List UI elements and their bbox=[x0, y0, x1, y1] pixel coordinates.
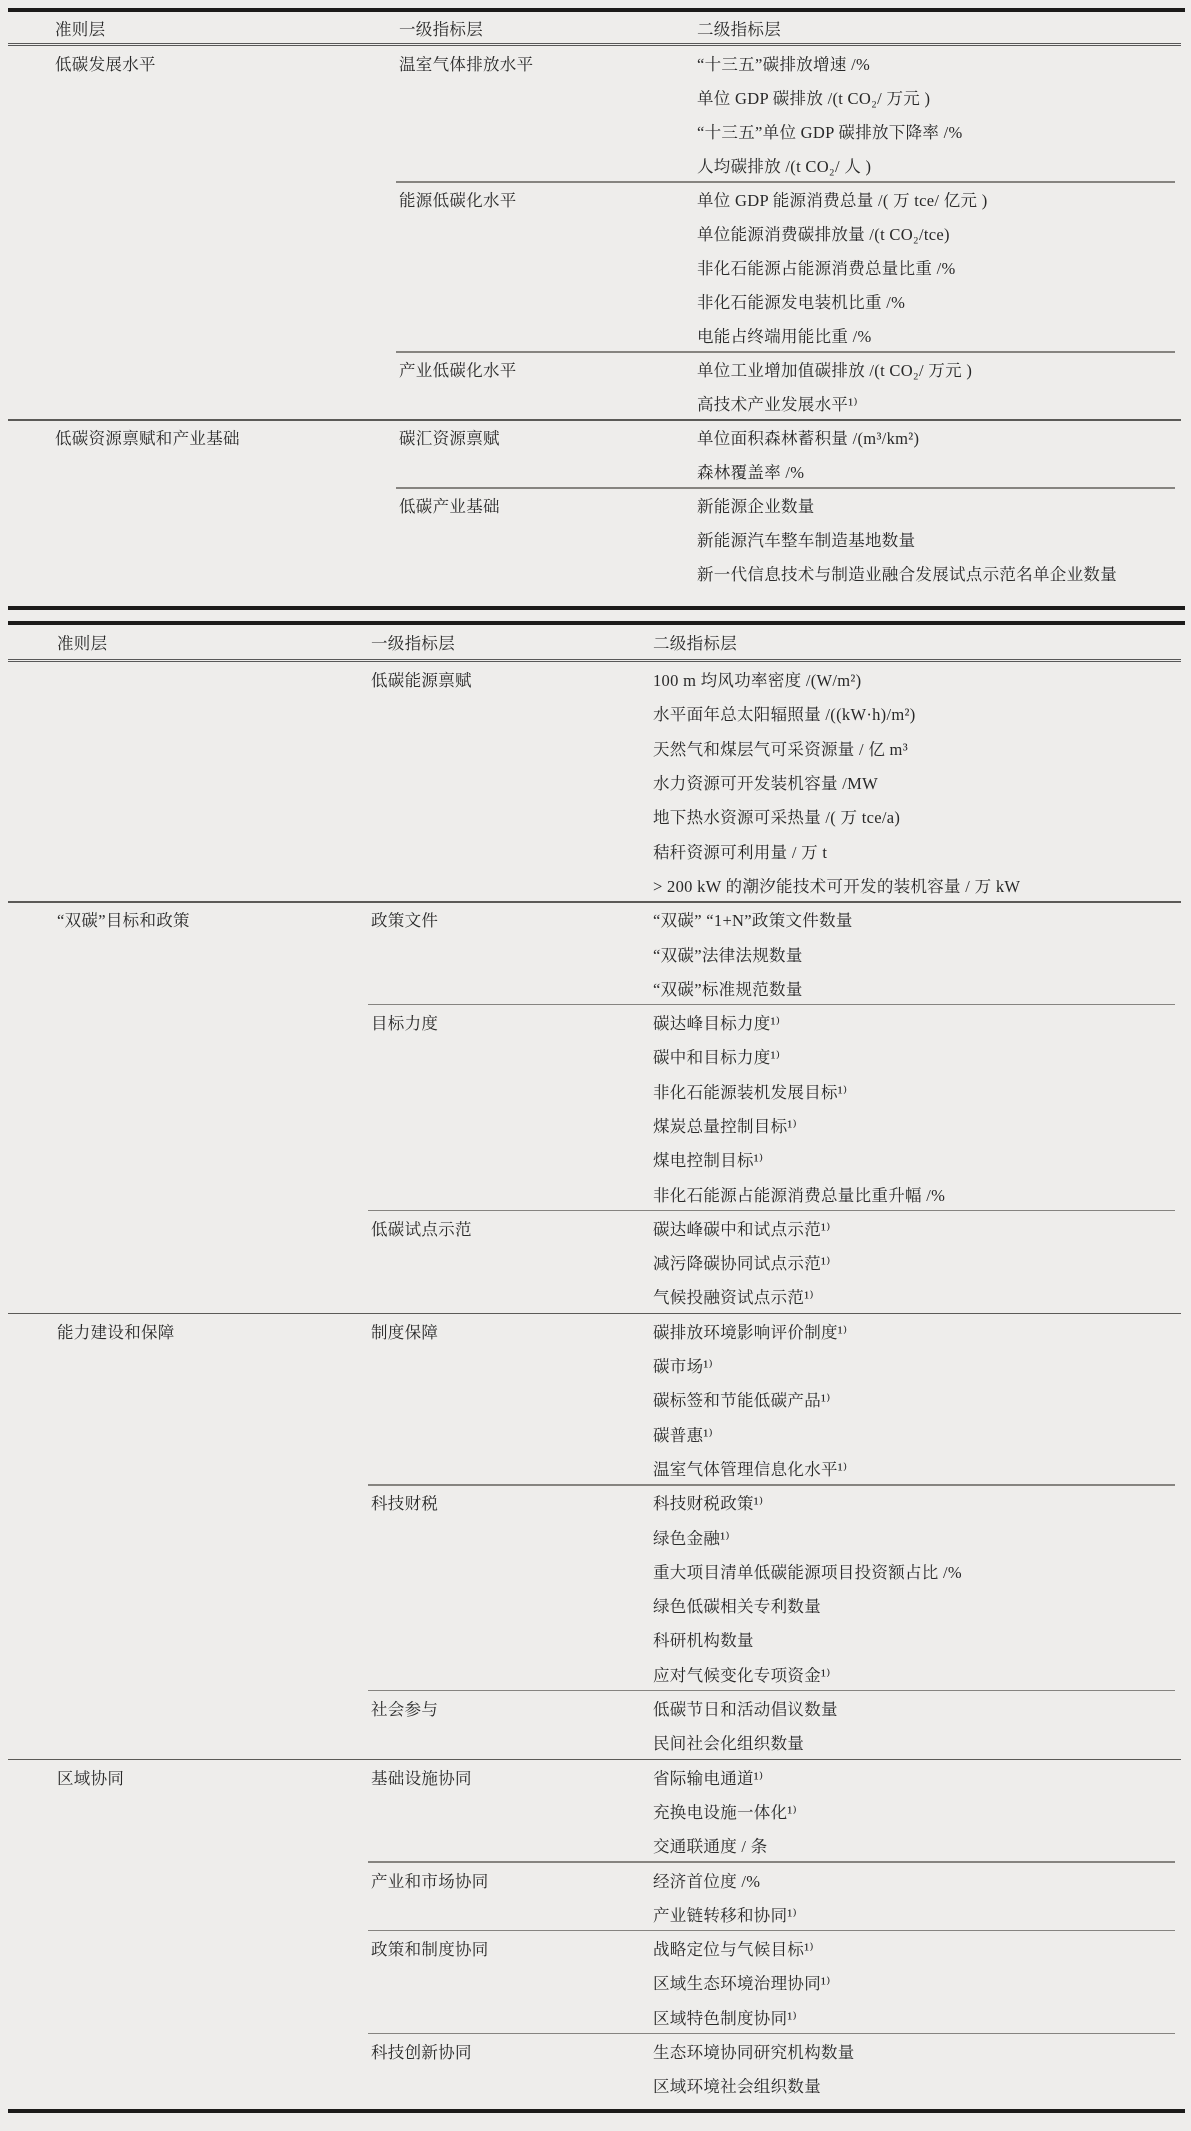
level1-indicator-cell: 低碳能源禀赋 bbox=[371, 662, 472, 696]
level2-indicator-text: 碳中和目标力度¹⁾ bbox=[653, 1044, 780, 1068]
criterion-cell: 低碳发展水平 bbox=[55, 46, 156, 80]
level1-indicator-cell: 政策文件 bbox=[371, 902, 438, 936]
level2-indicator-list: “双碳” “1+N”政策文件数量 “双碳”法律法规数量 “双碳”标准规范数量 bbox=[653, 902, 1191, 1005]
level1-indicator-cell: 低碳试点示范 bbox=[371, 1211, 472, 1245]
table-bottom-rule bbox=[8, 2109, 1185, 2113]
level2-indicator-text: 非化石能源装机发展目标¹⁾ bbox=[653, 1079, 847, 1103]
level2-indicator-row: 低碳节日和活动倡议数量 bbox=[653, 1691, 1191, 1725]
level2-indicator-text: 经济首位度 /% bbox=[653, 1868, 760, 1892]
level2-indicator-text: > 200 kW 的潮汐能技术可开发的装机容量 / 万 kW bbox=[653, 873, 1020, 897]
level2-indicator-row: 新能源企业数量 bbox=[697, 488, 1191, 522]
level2-indicator-text: 重大项目清单低碳能源项目投资额占比 /% bbox=[653, 1559, 962, 1583]
level2-indicator-row: 森林覆盖率 /% bbox=[697, 454, 1191, 488]
level1-indicator-cell: 社会参与 bbox=[371, 1691, 438, 1725]
indicator-group: 区域协同 基础设施协同 省际输电通道¹⁾ 充换电设施一体化¹⁾ 交通联通度 / … bbox=[0, 1760, 1191, 1863]
level2-indicator-list: 省际输电通道¹⁾ 充换电设施一体化¹⁾ 交通联通度 / 条 bbox=[653, 1760, 1191, 1863]
level2-indicator-row: 碳中和目标力度¹⁾ bbox=[653, 1039, 1191, 1073]
indicator-group: 低碳资源禀赋和产业基础 碳汇资源禀赋 单位面积森林蓄积量 /(m³/km²) 森… bbox=[0, 420, 1191, 488]
level2-indicator-list: 碳达峰目标力度¹⁾ 碳中和目标力度¹⁾ 非化石能源装机发展目标¹⁾ 煤炭总量控制… bbox=[653, 1005, 1191, 1211]
level2-indicator-row: 应对气候变化专项资金¹⁾ bbox=[653, 1657, 1191, 1691]
level2-indicator-row: 绿色低碳相关专利数量 bbox=[653, 1588, 1191, 1622]
level2-indicator-row: 天然气和煤层气可采资源量 / 亿 m³ bbox=[653, 731, 1191, 765]
level2-indicator-row: 水力资源可开发装机容量 /MW bbox=[653, 765, 1191, 799]
level1-indicator-cell: 制度保障 bbox=[371, 1314, 438, 1348]
level2-indicator-text: 气候投融资试点示范¹⁾ bbox=[653, 1284, 814, 1308]
level2-indicator-text: 区域特色制度协同¹⁾ bbox=[653, 2005, 797, 2029]
indicator-group: 产业低碳化水平 单位工业增加值碳排放 /(t CO₂/ 万元 ) 高技术产业发展… bbox=[0, 352, 1191, 420]
indicator-table-part-2: 准则层 一级指标层 二级指标层 低碳能源禀赋 100 m 均风功率密度 /(W/… bbox=[0, 621, 1191, 2113]
level2-indicator-row: 重大项目清单低碳能源项目投资额占比 /% bbox=[653, 1554, 1191, 1588]
level2-indicator-text: 单位 GDP 碳排放 /(t CO₂/ 万元 ) bbox=[697, 85, 930, 109]
level2-indicator-text: 水平面年总太阳辐照量 /((kW·h)/m²) bbox=[653, 701, 916, 725]
level2-indicator-text: 产业链转移和协同¹⁾ bbox=[653, 1902, 797, 1926]
level1-indicator-cell: 科技创新协同 bbox=[371, 2034, 472, 2068]
level2-indicator-text: 人均碳排放 /(t CO₂/ 人 ) bbox=[697, 153, 871, 177]
level2-indicator-row: 单位 GDP 能源消费总量 /( 万 tce/ 亿元 ) bbox=[697, 182, 1191, 216]
level2-indicator-text: 碳排放环境影响评价制度¹⁾ bbox=[653, 1319, 847, 1343]
level2-indicator-text: 战略定位与气候目标¹⁾ bbox=[653, 1936, 814, 1960]
level2-indicator-text: 生态环境协同研究机构数量 bbox=[653, 2039, 855, 2063]
level2-indicator-text: 非化石能源占能源消费总量比重 /% bbox=[697, 255, 956, 279]
level2-indicator-text: 碳普惠¹⁾ bbox=[653, 1422, 713, 1446]
header-level1-layer: 一级指标层 bbox=[399, 16, 483, 40]
level2-indicator-text: 低碳节日和活动倡议数量 bbox=[653, 1696, 838, 1720]
level2-indicator-text: 新一代信息技术与制造业融合发展试点示范名单企业数量 bbox=[697, 561, 1117, 585]
table-body: 低碳发展水平 温室气体排放水平 “十三五”碳排放增速 /% 单位 GDP 碳排放… bbox=[0, 46, 1191, 606]
level2-indicator-row: 电能占终端用能比重 /% bbox=[697, 318, 1191, 352]
level2-indicator-text: 天然气和煤层气可采资源量 / 亿 m³ bbox=[653, 736, 908, 760]
criterion-cell: 能力建设和保障 bbox=[57, 1314, 175, 1348]
level2-indicator-row: 温室气体管理信息化水平¹⁾ bbox=[653, 1451, 1191, 1485]
level2-indicator-text: 非化石能源发电装机比重 /% bbox=[697, 289, 905, 313]
level2-indicator-list: 单位面积森林蓄积量 /(m³/km²) 森林覆盖率 /% bbox=[697, 420, 1191, 488]
level2-indicator-row: 水平面年总太阳辐照量 /((kW·h)/m²) bbox=[653, 696, 1191, 730]
level2-indicator-list: 碳达峰碳中和试点示范¹⁾ 减污降碳协同试点示范¹⁾ 气候投融资试点示范¹⁾ bbox=[653, 1211, 1191, 1314]
indicator-group: 产业和市场协同 经济首位度 /% 产业链转移和协同¹⁾ bbox=[0, 1862, 1191, 1931]
indicator-group: 低碳试点示范 碳达峰碳中和试点示范¹⁾ 减污降碳协同试点示范¹⁾ 气候投融资试点… bbox=[0, 1211, 1191, 1314]
level2-indicator-row: 高技术产业发展水平¹⁾ bbox=[697, 386, 1191, 420]
level1-indicator-cell: 目标力度 bbox=[371, 1005, 438, 1039]
level2-indicator-row: “十三五”碳排放增速 /% bbox=[697, 46, 1191, 80]
level2-indicator-row: 碳标签和节能低碳产品¹⁾ bbox=[653, 1382, 1191, 1416]
level2-indicator-list: 低碳节日和活动倡议数量 民间社会化组织数量 bbox=[653, 1691, 1191, 1760]
level2-indicator-text: 碳达峰碳中和试点示范¹⁾ bbox=[653, 1216, 831, 1240]
level2-indicator-row: 产业链转移和协同¹⁾ bbox=[653, 1897, 1191, 1931]
level2-indicator-text: 单位工业增加值碳排放 /(t CO₂/ 万元 ) bbox=[697, 357, 972, 381]
level2-indicator-row: 区域特色制度协同¹⁾ bbox=[653, 2000, 1191, 2034]
level2-indicator-row: “双碳”法律法规数量 bbox=[653, 936, 1191, 970]
level2-indicator-text: 温室气体管理信息化水平¹⁾ bbox=[653, 1456, 847, 1480]
level2-indicator-list: 100 m 均风功率密度 /(W/m²) 水平面年总太阳辐照量 /((kW·h)… bbox=[653, 662, 1191, 902]
level2-indicator-text: 非化石能源占能源消费总量比重升幅 /% bbox=[653, 1182, 945, 1206]
indicator-group: 社会参与 低碳节日和活动倡议数量 民间社会化组织数量 bbox=[0, 1691, 1191, 1760]
level2-indicator-row: 科研机构数量 bbox=[653, 1622, 1191, 1656]
level2-indicator-text: 新能源企业数量 bbox=[697, 493, 815, 517]
group-separator-rule bbox=[368, 1004, 1175, 1006]
level2-indicator-text: 秸秆资源可利用量 / 万 t bbox=[653, 839, 827, 863]
level2-indicator-row: 科技财税政策¹⁾ bbox=[653, 1485, 1191, 1519]
level2-indicator-row: 单位 GDP 碳排放 /(t CO₂/ 万元 ) bbox=[697, 80, 1191, 114]
level1-indicator-cell: 低碳产业基础 bbox=[399, 488, 500, 522]
level2-indicator-list: “十三五”碳排放增速 /% 单位 GDP 碳排放 /(t CO₂/ 万元 ) “… bbox=[697, 46, 1191, 182]
indicator-table-part-1: 准则层 一级指标层 二级指标层 低碳发展水平 温室气体排放水平 “十三五”碳排放… bbox=[0, 8, 1191, 610]
level2-indicator-row: 新一代信息技术与制造业融合发展试点示范名单企业数量 bbox=[697, 556, 1191, 590]
header-criterion-layer: 准则层 bbox=[57, 630, 107, 654]
level2-indicator-row: 碳普惠¹⁾ bbox=[653, 1417, 1191, 1451]
level2-indicator-row: 新能源汽车整车制造基地数量 bbox=[697, 522, 1191, 556]
level2-indicator-row: > 200 kW 的潮汐能技术可开发的装机容量 / 万 kW bbox=[653, 868, 1191, 902]
table-header-row: 准则层 一级指标层 二级指标层 bbox=[0, 625, 1191, 659]
level1-indicator-cell: 产业和市场协同 bbox=[371, 1862, 489, 1896]
level2-indicator-text: 科技财税政策¹⁾ bbox=[653, 1490, 763, 1514]
level2-indicator-text: 煤炭总量控制目标¹⁾ bbox=[653, 1113, 797, 1137]
level2-indicator-row: 经济首位度 /% bbox=[653, 1862, 1191, 1896]
level2-indicator-row: 单位面积森林蓄积量 /(m³/km²) bbox=[697, 420, 1191, 454]
level2-indicator-row: 非化石能源发电装机比重 /% bbox=[697, 284, 1191, 318]
level2-indicator-text: 碳市场¹⁾ bbox=[653, 1353, 713, 1377]
level2-indicator-text: “双碳”法律法规数量 bbox=[653, 942, 803, 966]
indicator-group: 低碳产业基础 新能源企业数量 新能源汽车整车制造基地数量 新一代信息技术与制造业… bbox=[0, 488, 1191, 590]
group-separator-rule bbox=[368, 1484, 1175, 1486]
level2-indicator-row: 单位工业增加值碳排放 /(t CO₂/ 万元 ) bbox=[697, 352, 1191, 386]
level2-indicator-row: 区域生态环境治理协同¹⁾ bbox=[653, 1965, 1191, 1999]
level2-indicator-text: 交通联通度 / 条 bbox=[653, 1833, 768, 1857]
group-separator-rule bbox=[368, 1861, 1175, 1863]
level2-indicator-text: 碳达峰目标力度¹⁾ bbox=[653, 1010, 780, 1034]
level1-indicator-cell: 基础设施协同 bbox=[371, 1760, 472, 1794]
level1-indicator-cell: 温室气体排放水平 bbox=[399, 46, 533, 80]
level2-indicator-row: 秸秆资源可利用量 / 万 t bbox=[653, 833, 1191, 867]
level2-indicator-text: 民间社会化组织数量 bbox=[653, 1730, 804, 1754]
indicator-group: 科技创新协同 生态环境协同研究机构数量 区域环境社会组织数量 bbox=[0, 2034, 1191, 2103]
indicator-group: 目标力度 碳达峰目标力度¹⁾ 碳中和目标力度¹⁾ 非化石能源装机发展目标¹⁾ 煤… bbox=[0, 1005, 1191, 1211]
level2-indicator-row: 非化石能源装机发展目标¹⁾ bbox=[653, 1074, 1191, 1108]
header-level2-layer: 二级指标层 bbox=[697, 16, 781, 40]
level2-indicator-list: 战略定位与气候目标¹⁾ 区域生态环境治理协同¹⁾ 区域特色制度协同¹⁾ bbox=[653, 1931, 1191, 2034]
level2-indicator-row: 单位能源消费碳排放量 /(t CO₂/tce) bbox=[697, 216, 1191, 250]
level2-indicator-row: 民间社会化组织数量 bbox=[653, 1725, 1191, 1759]
level1-indicator-cell: 科技财税 bbox=[371, 1485, 438, 1519]
group-separator-rule bbox=[368, 1210, 1175, 1212]
level2-indicator-text: 省际输电通道¹⁾ bbox=[653, 1765, 763, 1789]
level2-indicator-row: 碳达峰目标力度¹⁾ bbox=[653, 1005, 1191, 1039]
level2-indicator-row: 非化石能源占能源消费总量比重升幅 /% bbox=[653, 1176, 1191, 1210]
level2-indicator-row: 充换电设施一体化¹⁾ bbox=[653, 1794, 1191, 1828]
level2-indicator-list: 新能源企业数量 新能源汽车整车制造基地数量 新一代信息技术与制造业融合发展试点示… bbox=[697, 488, 1191, 590]
criterion-cell: 区域协同 bbox=[57, 1760, 124, 1794]
table-header-row: 准则层 一级指标层 二级指标层 bbox=[0, 12, 1191, 43]
indicator-group: 政策和制度协同 战略定位与气候目标¹⁾ 区域生态环境治理协同¹⁾ 区域特色制度协… bbox=[0, 1931, 1191, 2034]
level2-indicator-list: 单位 GDP 能源消费总量 /( 万 tce/ 亿元 ) 单位能源消费碳排放量 … bbox=[697, 182, 1191, 352]
level2-indicator-text: 区域环境社会组织数量 bbox=[653, 2073, 821, 2097]
table-body: 低碳能源禀赋 100 m 均风功率密度 /(W/m²) 水平面年总太阳辐照量 /… bbox=[0, 662, 1191, 2109]
level2-indicator-text: 绿色低碳相关专利数量 bbox=[653, 1593, 821, 1617]
level2-indicator-row: 煤炭总量控制目标¹⁾ bbox=[653, 1108, 1191, 1142]
table-bottom-rule bbox=[8, 606, 1185, 610]
level1-indicator-cell: 碳汇资源禀赋 bbox=[399, 420, 500, 454]
level2-indicator-row: 碳市场¹⁾ bbox=[653, 1348, 1191, 1382]
level2-indicator-row: 区域环境社会组织数量 bbox=[653, 2068, 1191, 2102]
level2-indicator-text: 电能占终端用能比重 /% bbox=[697, 323, 872, 347]
criterion-cell: 低碳资源禀赋和产业基础 bbox=[55, 420, 240, 454]
level2-indicator-row: 非化石能源占能源消费总量比重 /% bbox=[697, 250, 1191, 284]
level2-indicator-row: “双碳” “1+N”政策文件数量 bbox=[653, 902, 1191, 936]
level2-indicator-text: 单位能源消费碳排放量 /(t CO₂/tce) bbox=[697, 221, 950, 245]
scanned-table-page: 准则层 一级指标层 二级指标层 低碳发展水平 温室气体排放水平 “十三五”碳排放… bbox=[0, 0, 1191, 2131]
level2-indicator-row: “双碳”标准规范数量 bbox=[653, 971, 1191, 1005]
level2-indicator-list: 碳排放环境影响评价制度¹⁾ 碳市场¹⁾ 碳标签和节能低碳产品¹⁾ 碳普惠¹⁾ 温… bbox=[653, 1314, 1191, 1485]
level2-indicator-row: 气候投融资试点示范¹⁾ bbox=[653, 1279, 1191, 1313]
level2-indicator-text: 科研机构数量 bbox=[653, 1627, 754, 1651]
group-separator-rule bbox=[8, 1759, 1181, 1761]
level2-indicator-text: 绿色金融¹⁾ bbox=[653, 1525, 730, 1549]
level1-indicator-cell: 政策和制度协同 bbox=[371, 1931, 489, 1965]
header-level1-layer: 一级指标层 bbox=[371, 630, 455, 654]
level2-indicator-row: 生态环境协同研究机构数量 bbox=[653, 2034, 1191, 2068]
level2-indicator-row: 100 m 均风功率密度 /(W/m²) bbox=[653, 662, 1191, 696]
level2-indicator-text: 碳标签和节能低碳产品¹⁾ bbox=[653, 1387, 831, 1411]
group-separator-rule bbox=[368, 2033, 1175, 2035]
level2-indicator-row: 交通联通度 / 条 bbox=[653, 1828, 1191, 1862]
level2-indicator-text: “十三五”单位 GDP 碳排放下降率 /% bbox=[697, 119, 963, 143]
group-separator-rule bbox=[368, 1930, 1175, 1932]
level2-indicator-text: 地下热水资源可采热量 /( 万 tce/a) bbox=[653, 804, 900, 828]
level2-indicator-row: 人均碳排放 /(t CO₂/ 人 ) bbox=[697, 148, 1191, 182]
level2-indicator-list: 单位工业增加值碳排放 /(t CO₂/ 万元 ) 高技术产业发展水平¹⁾ bbox=[697, 352, 1191, 420]
indicator-group: 低碳发展水平 温室气体排放水平 “十三五”碳排放增速 /% 单位 GDP 碳排放… bbox=[0, 46, 1191, 182]
level2-indicator-list: 科技财税政策¹⁾ 绿色金融¹⁾ 重大项目清单低碳能源项目投资额占比 /% 绿色低… bbox=[653, 1485, 1191, 1691]
group-separator-rule bbox=[396, 487, 1175, 489]
level2-indicator-row: 煤电控制目标¹⁾ bbox=[653, 1142, 1191, 1176]
level2-indicator-text: 应对气候变化专项资金¹⁾ bbox=[653, 1662, 831, 1686]
level2-indicator-text: 煤电控制目标¹⁾ bbox=[653, 1147, 763, 1171]
level2-indicator-list: 经济首位度 /% 产业链转移和协同¹⁾ bbox=[653, 1862, 1191, 1931]
level2-indicator-text: 区域生态环境治理协同¹⁾ bbox=[653, 1970, 831, 1994]
level2-indicator-text: 100 m 均风功率密度 /(W/m²) bbox=[653, 667, 861, 691]
indicator-group: 能源低碳化水平 单位 GDP 能源消费总量 /( 万 tce/ 亿元 ) 单位能… bbox=[0, 182, 1191, 352]
level2-indicator-text: “双碳”标准规范数量 bbox=[653, 976, 803, 1000]
level2-indicator-row: 碳达峰碳中和试点示范¹⁾ bbox=[653, 1211, 1191, 1245]
level1-indicator-cell: 能源低碳化水平 bbox=[399, 182, 517, 216]
level2-indicator-row: 战略定位与气候目标¹⁾ bbox=[653, 1931, 1191, 1965]
level2-indicator-text: 减污降碳协同试点示范¹⁾ bbox=[653, 1250, 831, 1274]
level2-indicator-text: 充换电设施一体化¹⁾ bbox=[653, 1799, 797, 1823]
level2-indicator-text: 水力资源可开发装机容量 /MW bbox=[653, 770, 878, 794]
level2-indicator-row: 地下热水资源可采热量 /( 万 tce/a) bbox=[653, 799, 1191, 833]
indicator-group: “双碳”目标和政策 政策文件 “双碳” “1+N”政策文件数量 “双碳”法律法规… bbox=[0, 902, 1191, 1005]
level2-indicator-text: “双碳” “1+N”政策文件数量 bbox=[653, 907, 853, 931]
level2-indicator-row: 省际输电通道¹⁾ bbox=[653, 1760, 1191, 1794]
header-level2-layer: 二级指标层 bbox=[653, 630, 737, 654]
criterion-cell: “双碳”目标和政策 bbox=[57, 902, 190, 936]
header-criterion-layer: 准则层 bbox=[55, 16, 105, 40]
level2-indicator-text: 单位面积森林蓄积量 /(m³/km²) bbox=[697, 425, 919, 449]
indicator-group: 能力建设和保障 制度保障 碳排放环境影响评价制度¹⁾ 碳市场¹⁾ 碳标签和节能低… bbox=[0, 1314, 1191, 1485]
level2-indicator-text: 单位 GDP 能源消费总量 /( 万 tce/ 亿元 ) bbox=[697, 187, 988, 211]
level2-indicator-text: 新能源汽车整车制造基地数量 bbox=[697, 527, 915, 551]
level2-indicator-row: 绿色金融¹⁾ bbox=[653, 1519, 1191, 1553]
level2-indicator-list: 生态环境协同研究机构数量 区域环境社会组织数量 bbox=[653, 2034, 1191, 2103]
indicator-group: 科技财税 科技财税政策¹⁾ 绿色金融¹⁾ 重大项目清单低碳能源项目投资额占比 /… bbox=[0, 1485, 1191, 1691]
level2-indicator-text: “十三五”碳排放增速 /% bbox=[697, 51, 870, 75]
group-separator-rule bbox=[368, 1690, 1175, 1692]
level2-indicator-row: “十三五”单位 GDP 碳排放下降率 /% bbox=[697, 114, 1191, 148]
level1-indicator-cell: 产业低碳化水平 bbox=[399, 352, 517, 386]
indicator-group: 低碳能源禀赋 100 m 均风功率密度 /(W/m²) 水平面年总太阳辐照量 /… bbox=[0, 662, 1191, 902]
level2-indicator-row: 碳排放环境影响评价制度¹⁾ bbox=[653, 1314, 1191, 1348]
group-separator-rule bbox=[8, 1313, 1181, 1315]
level2-indicator-row: 减污降碳协同试点示范¹⁾ bbox=[653, 1245, 1191, 1279]
level2-indicator-text: 高技术产业发展水平¹⁾ bbox=[697, 391, 858, 415]
level2-indicator-text: 森林覆盖率 /% bbox=[697, 459, 804, 483]
